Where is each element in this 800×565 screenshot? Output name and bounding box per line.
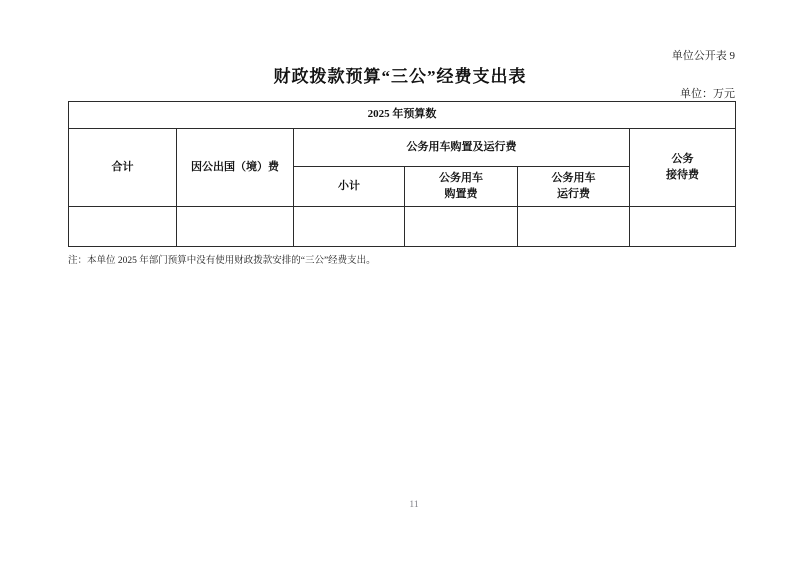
- page-title: 财政拨款预算“三公”经费支出表: [0, 62, 800, 87]
- data-cell-total: [69, 207, 177, 247]
- col-header-vehicle-group: 公务用车购置及运行费: [294, 129, 630, 167]
- col-header-total: 合计: [69, 129, 177, 207]
- data-cell-reception: [630, 207, 736, 247]
- unit-label: 单位：万元: [0, 85, 735, 101]
- col-header-operation-line1: 公务用车: [518, 171, 629, 187]
- year-header-cell: 2025 年预算数: [69, 102, 736, 129]
- col-header-operation-line2: 运行费: [518, 187, 629, 203]
- data-cell-purchase: [405, 207, 518, 247]
- data-cell-abroad: [177, 207, 294, 247]
- col-header-purchase: 公务用车 购置费: [405, 167, 518, 207]
- budget-table: 2025 年预算数 合计 因公出国（境）费 公务用车购置及运行费 公务 接待费 …: [68, 101, 736, 247]
- document-page: 单位公开表 9 财政拨款预算“三公”经费支出表 单位：万元 2025 年预算数 …: [0, 0, 800, 565]
- col-header-purchase-line1: 公务用车: [405, 171, 517, 187]
- table-header-row-upper: 合计 因公出国（境）费 公务用车购置及运行费 公务 接待费: [69, 129, 736, 167]
- table-year-row: 2025 年预算数: [69, 102, 736, 129]
- footnote: 注：本单位 2025 年部门预算中没有使用财政拨款安排的“三公”经费支出。: [68, 252, 748, 266]
- data-cell-subtotal: [294, 207, 405, 247]
- col-header-abroad: 因公出国（境）费: [177, 129, 294, 207]
- table-data-row: [69, 207, 736, 247]
- doc-table-label: 单位公开表 9: [0, 47, 735, 63]
- col-header-subtotal: 小计: [294, 167, 405, 207]
- col-header-reception-line2: 接待费: [630, 168, 735, 184]
- page-number: 11: [389, 500, 439, 510]
- col-header-reception-line1: 公务: [630, 152, 735, 168]
- col-header-operation: 公务用车 运行费: [518, 167, 630, 207]
- col-header-reception: 公务 接待费: [630, 129, 736, 207]
- col-header-purchase-line2: 购置费: [405, 187, 517, 203]
- data-cell-operation: [518, 207, 630, 247]
